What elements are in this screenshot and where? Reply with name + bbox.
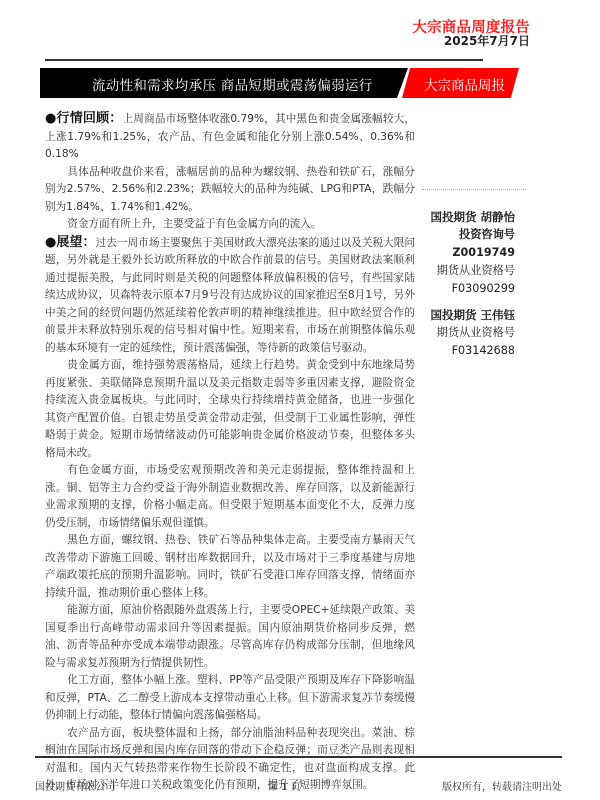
headline-text: 流动性和需求均承压 商品短期或震荡偏弱运行 [92,74,373,94]
review-paragraph: ●行情回顾：上周商品市场整体收涨0.79%，其中黑色和贵金属涨幅较大，上涨1.7… [45,110,415,164]
analyst-credential-label: 投资咨询号 [430,226,515,244]
analyst-credential-number: F03090299 [430,280,515,298]
analyst-credential-label: 期货从业资格号 [430,324,515,342]
footer-copyright: 版权所有，转载请注明出处 [442,778,562,793]
report-tag-banner: 大宗商品周报 [402,68,519,98]
nonferrous-paragraph: 有色金属方面，市场受宏观预期改善和美元走弱提振，整体维持温和上涨。铜、铝等主力合… [45,462,415,532]
main-content: ●行情回顾：上周商品市场整体收涨0.79%，其中黑色和贵金属涨幅较大，上涨1.7… [45,110,415,795]
header-divider [45,59,483,61]
outlook-paragraph: ●展望：过去一周市场主要聚焦于美国财政大漂亮法案的通过以及关税大限问题，另外就是… [45,234,415,358]
report-tag-text: 大宗商品周报 [424,74,505,94]
analyst-credential-number: F03142688 [430,342,515,360]
analyst-credential-label: 期货从业资格号 [430,262,515,280]
headline-banner: 流动性和需求均承压 商品短期或震荡偏弱运行 [40,68,408,98]
review-label: ●行情回顾： [45,111,123,126]
footer-company: 国投期货有限公司 [35,778,115,793]
report-date: 2025年7月7日 [444,32,530,49]
review-funds: 资金方面有所上升，主要受益于有色金属方向的流入。 [45,216,415,234]
footer-page-number: 第 1 页 [268,778,301,793]
analyst-credential-number: Z0019749 [430,244,515,262]
analyst-name: 国投期货 王伟钰 [430,306,515,324]
outlook-label: ●展望： [45,235,96,250]
footer-divider [35,756,562,758]
outlook-text: 过去一周市场主要聚焦于美国财政大漂亮法案的通过以及关税大限问题，另外就是王毅外长… [45,237,415,354]
precious-metals-paragraph: 贵金属方面，维持强势震荡格局，延续上行趋势。黄金受到中东地缘局势再度紧张、美联储… [45,357,415,462]
review-detail: 具体品种收盘价来看，涨幅居前的品种为螺纹钢、热卷和铁矿石，涨幅分别为2.57%、… [45,164,415,217]
energy-paragraph: 能源方面，原油价格跟随外盘震荡上行，主要受OPEC+延续限产政策、美国夏季出行高… [45,602,415,672]
analyst-block-1: 国投期货 胡静怡 投资咨询号 Z0019749 期货从业资格号 F0309029… [430,208,515,298]
ferrous-paragraph: 黑色方面，螺纹钢、热卷、铁矿石等品种集体走高。主要受南方暴雨天气改善带动下游施工… [45,532,415,602]
chemical-paragraph: 化工方面，整体小幅上涨。塑料、PP等产品受限产预期及库存下降影响温和反弹，PTA… [45,672,415,725]
analyst-name: 国投期货 胡静怡 [430,208,515,226]
sidebar-dotted-divider [422,189,526,190]
analyst-block-2: 国投期货 王伟钰 期货从业资格号 F03142688 [430,306,515,360]
